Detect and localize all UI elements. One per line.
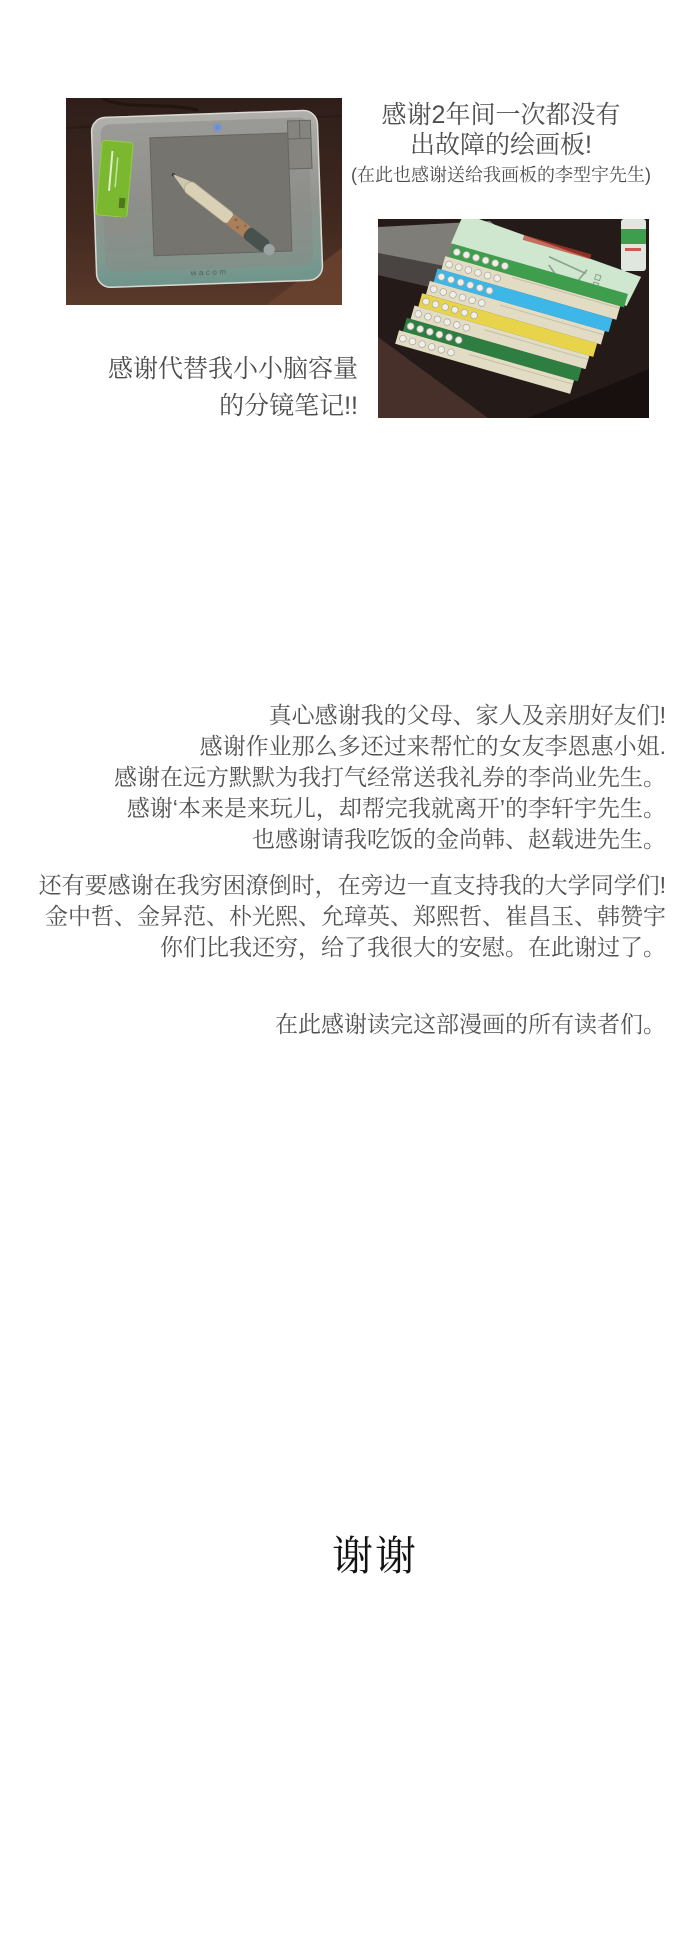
ack-line: 感谢‘本来是来玩儿，却帮完我就离开’的李轩宇先生。 xyxy=(18,793,666,824)
green-card xyxy=(96,140,133,217)
ack-line: 也感谢请我吃饭的金尚韩、赵载进先生。 xyxy=(18,824,666,855)
credits-page: wacom 感谢2年间一次都没有 出故障的绘画板! (在此也感谢送给我画板的李型… xyxy=(0,0,690,1958)
notebooks-caption-line1: 感谢代替我小小脑容量 xyxy=(40,351,358,388)
tablet-caption: 感谢2年间一次都没有 出故障的绘画板! (在此也感谢送给我画板的李型宇先生) xyxy=(338,100,664,187)
tablet-caption-line2: 出故障的绘画板! xyxy=(338,130,664,160)
notebooks-photo xyxy=(378,219,649,418)
tablet-active-area xyxy=(150,133,292,256)
acknowledgements-block: 真心感谢我的父母、家人及亲朋好友们! 感谢作业那么多还过来帮忙的女友李恩惠小姐.… xyxy=(18,700,666,963)
paragraph-gap xyxy=(18,855,666,870)
tablet-photo: wacom xyxy=(66,98,342,305)
ack-line: 感谢作业那么多还过来帮忙的女友李恩惠小姐. xyxy=(18,731,666,762)
tablet-photo-art: wacom xyxy=(66,98,342,305)
ack-line: 还有要感谢在我穷困潦倒时，在旁边一直支持我的大学同学们! xyxy=(18,870,666,901)
closing-thank-you: 谢谢 xyxy=(0,1531,690,1581)
wacom-brand-label: wacom xyxy=(190,267,229,277)
tablet-caption-line1: 感谢2年间一次都没有 xyxy=(338,100,664,130)
notebooks-caption-line2: 的分镜笔记!! xyxy=(40,388,358,425)
can-on-shelf xyxy=(621,219,646,271)
ack-line: 你们比我还穷，给了我很大的安慰。在此谢过了。 xyxy=(18,932,666,963)
tablet-caption-note: (在此也感谢送给我画板的李型宇先生) xyxy=(338,163,664,187)
express-keys xyxy=(287,120,312,169)
readers-thanks-line: 在此感谢读完这部漫画的所有读者们。 xyxy=(18,1009,666,1040)
ack-line: 金中哲、金昇范、朴光熙、允璋英、郑熙哲、崔昌玉、韩赞宇 xyxy=(18,901,666,932)
notebooks-photo-art xyxy=(378,219,649,418)
ack-line: 感谢在远方默默为我打气经常送我礼券的李尚业先生。 xyxy=(18,762,666,793)
notebooks-caption: 感谢代替我小小脑容量 的分镜笔记!! xyxy=(40,351,358,425)
ack-line: 真心感谢我的父母、家人及亲朋好友们! xyxy=(18,700,666,731)
